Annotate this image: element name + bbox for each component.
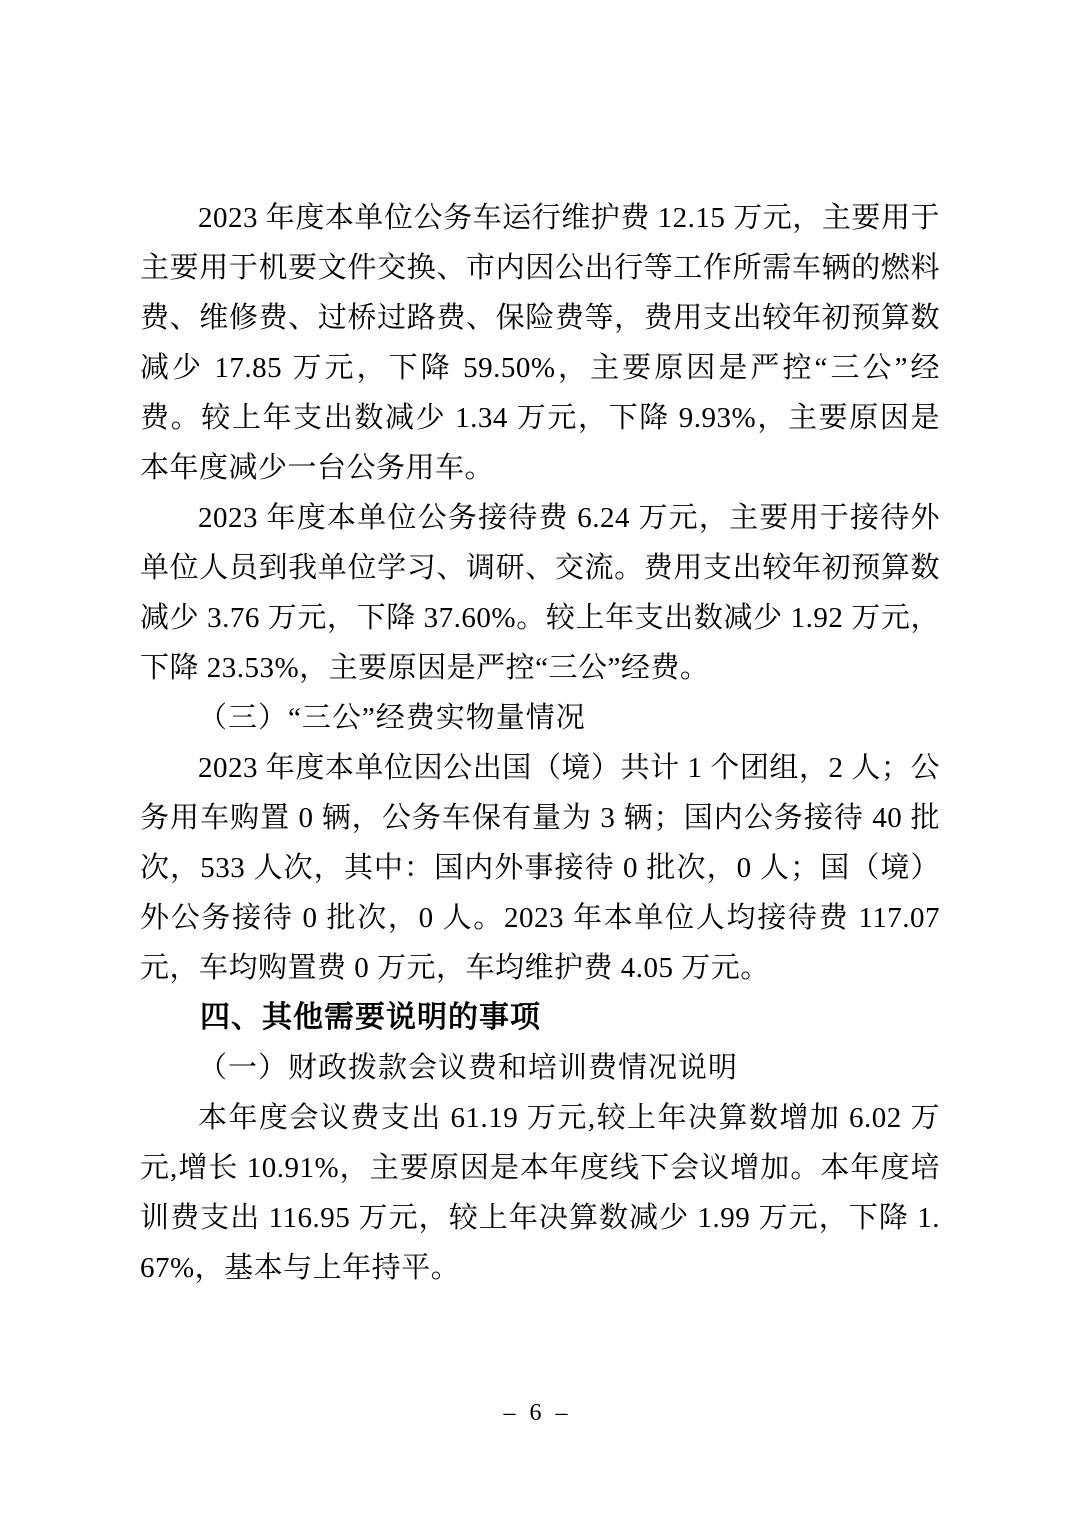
- paragraph-physical-quantity-details: 2023 年度本单位因公出国（境）共计 1 个团组，2 人；公务用车购置 0 辆…: [140, 743, 940, 993]
- paragraph-official-reception-fee: 2023 年度本单位公务接待费 6.24 万元，主要用于接待外单位人员到我单位学…: [140, 493, 940, 693]
- paragraph-vehicle-maintenance-fee: 2023 年度本单位公务车运行维护费 12.15 万元，主要用于主要用于机要文件…: [140, 193, 940, 493]
- page-number: – 6 –: [0, 1398, 1075, 1428]
- subsection-heading-meeting-training-fee: （一）财政拨款会议费和培训费情况说明: [140, 1043, 940, 1093]
- subsection-heading-three-public-physical-quantity: （三）“三公”经费实物量情况: [140, 693, 940, 743]
- document-page: 2023 年度本单位公务车运行维护费 12.15 万元，主要用于主要用于机要文件…: [0, 0, 1075, 1520]
- paragraph-meeting-training-fee-details: 本年度会议费支出 61.19 万元,较上年决算数增加 6.02 万元,增长 10…: [140, 1093, 940, 1293]
- section-heading-other-items: 四、其他需要说明的事项: [140, 993, 940, 1043]
- document-body: 2023 年度本单位公务车运行维护费 12.15 万元，主要用于主要用于机要文件…: [140, 193, 940, 1293]
